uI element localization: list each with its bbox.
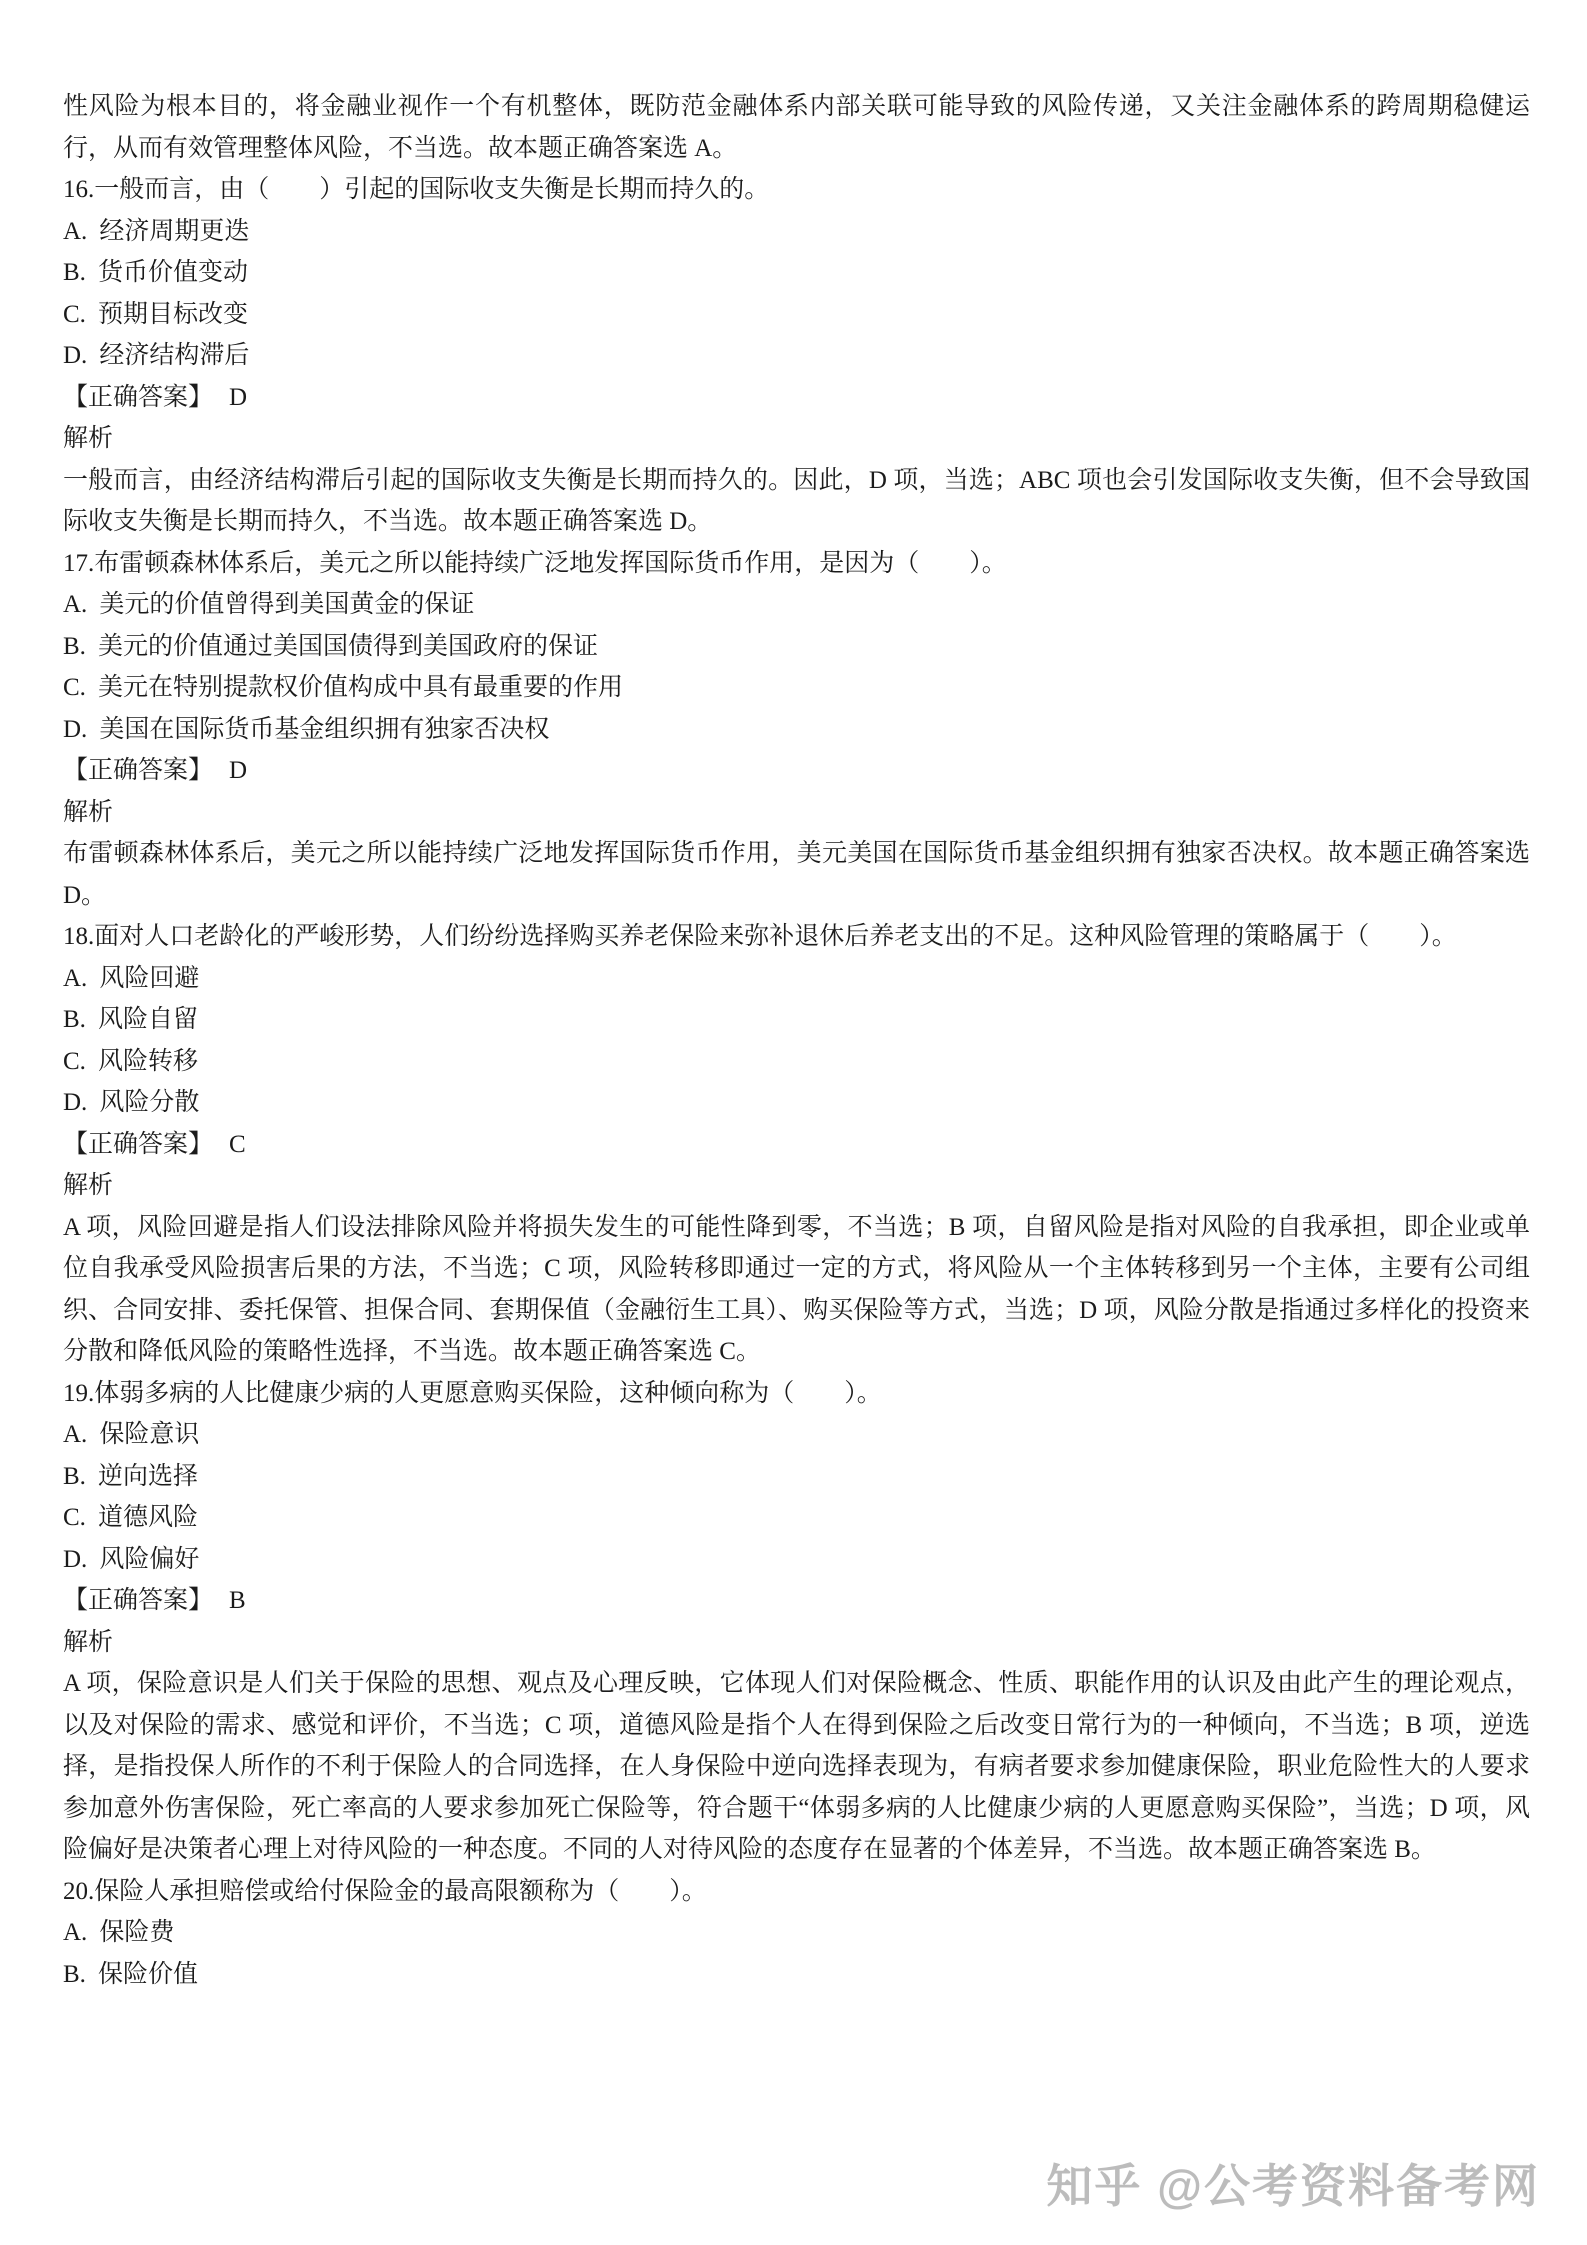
- option-text: 经济周期更迭: [99, 218, 249, 245]
- answer-letter: C: [229, 1131, 246, 1158]
- question-stem-text: 体弱多病的人比健康少病的人更愿意购买保险，这种倾向称为（ ）。: [94, 1380, 882, 1407]
- option-text: 风险分散: [99, 1089, 199, 1116]
- option-label: C.: [63, 1048, 86, 1075]
- option-row: D.经济结构滞后: [63, 335, 1530, 377]
- question-stem-text: 保险人承担赔偿或给付保险金的最高限额称为（ ）。: [94, 1878, 707, 1905]
- option-label: C.: [63, 301, 86, 328]
- question-block: 19.体弱多病的人比健康少病的人更愿意购买保险，这种倾向称为（ ）。 A.保险意…: [63, 1373, 1530, 1871]
- option-row: D.美国在国际货币基金组织拥有独家否决权: [63, 709, 1530, 751]
- option-text: 风险转移: [98, 1048, 198, 1075]
- option-row: B.风险自留: [63, 999, 1530, 1041]
- option-text: 保险价值: [98, 1961, 198, 1988]
- answer-letter: D: [229, 384, 247, 411]
- option-row: D.风险分散: [63, 1082, 1530, 1124]
- option-label: D.: [63, 1089, 87, 1116]
- option-text: 美国在国际货币基金组织拥有独家否决权: [99, 716, 549, 743]
- question-stem: 18.面对人口老龄化的严峻形势，人们纷纷选择购买养老保险来弥补退休后养老支出的不…: [63, 916, 1530, 958]
- option-text: 风险自留: [98, 1006, 198, 1033]
- option-text: 保险费: [99, 1919, 174, 1946]
- analysis-paragraph: A 项，风险回避是指人们设法排除风险并将损失发生的可能性降到零，不当选；B 项，…: [63, 1207, 1530, 1373]
- options-list: A.风险回避 B.风险自留 C.风险转移 D.风险分散: [63, 958, 1530, 1124]
- option-label: A.: [63, 1919, 87, 1946]
- zhihu-watermark: 知乎 @公考资料备考网: [1046, 2166, 1540, 2208]
- option-row: A.保险费: [63, 1912, 1530, 1954]
- question-block: 20.保险人承担赔偿或给付保险金的最高限额称为（ ）。 A.保险费 B.保险价值: [63, 1871, 1530, 1996]
- answer-letter: B: [229, 1587, 246, 1614]
- option-text: 经济结构滞后: [99, 342, 249, 369]
- option-text: 美元在特别提款权价值构成中具有最重要的作用: [98, 674, 623, 701]
- exam-document: 性风险为根本目的，将金融业视作一个有机整体，既防范金融体系内部关联可能导致的风险…: [0, 0, 1587, 1995]
- option-row: C.美元在特别提款权价值构成中具有最重要的作用: [63, 667, 1530, 709]
- analysis-heading: 解析: [63, 1165, 1530, 1207]
- option-row: A.美元的价值曾得到美国黄金的保证: [63, 584, 1530, 626]
- option-label: B.: [63, 259, 86, 286]
- option-label: B.: [63, 633, 86, 660]
- question-number: 16.: [63, 176, 94, 203]
- option-label: A.: [63, 591, 87, 618]
- answer-line: 【正确答案】D: [63, 750, 1530, 792]
- option-label: D.: [63, 716, 87, 743]
- previous-analysis-continuation: 性风险为根本目的，将金融业视作一个有机整体，既防范金融体系内部关联可能导致的风险…: [63, 86, 1530, 169]
- option-text: 风险偏好: [99, 1546, 199, 1573]
- option-label: B.: [63, 1961, 86, 1988]
- question-stem-text: 面对人口老龄化的严峻形势，人们纷纷选择购买养老保险来弥补退休后养老支出的不足。这…: [94, 923, 1457, 950]
- option-label: C.: [63, 1504, 86, 1531]
- option-row: C.预期目标改变: [63, 294, 1530, 336]
- analysis-paragraph: 布雷顿森林体系后，美元之所以能持续广泛地发挥国际货币作用，美元美国在国际货币基金…: [63, 833, 1530, 916]
- question-stem-text: 布雷顿森林体系后，美元之所以能持续广泛地发挥国际货币作用，是因为（ ）。: [94, 550, 1007, 577]
- option-label: A.: [63, 1421, 87, 1448]
- option-text: 道德风险: [98, 1504, 198, 1531]
- option-row: A.经济周期更迭: [63, 211, 1530, 253]
- option-label: A.: [63, 218, 87, 245]
- option-label: B.: [63, 1006, 86, 1033]
- option-row: B.美元的价值通过美国国债得到美国政府的保证: [63, 626, 1530, 668]
- option-label: D.: [63, 1546, 87, 1573]
- options-list: A.经济周期更迭 B.货币价值变动 C.预期目标改变 D.经济结构滞后: [63, 211, 1530, 377]
- option-text: 货币价值变动: [98, 259, 248, 286]
- answer-line: 【正确答案】C: [63, 1124, 1530, 1166]
- option-row: B.货币价值变动: [63, 252, 1530, 294]
- question-number: 20.: [63, 1878, 94, 1905]
- option-row: B.逆向选择: [63, 1456, 1530, 1498]
- answer-label: 【正确答案】: [63, 384, 213, 411]
- option-row: B.保险价值: [63, 1954, 1530, 1996]
- question-block: 17.布雷顿森林体系后，美元之所以能持续广泛地发挥国际货币作用，是因为（ ）。 …: [63, 543, 1530, 917]
- option-label: A.: [63, 965, 87, 992]
- option-text: 预期目标改变: [98, 301, 248, 328]
- answer-line: 【正确答案】D: [63, 377, 1530, 419]
- answer-label: 【正确答案】: [63, 1587, 213, 1614]
- option-row: C.道德风险: [63, 1497, 1530, 1539]
- analysis-heading: 解析: [63, 1622, 1530, 1664]
- question-stem: 19.体弱多病的人比健康少病的人更愿意购买保险，这种倾向称为（ ）。: [63, 1373, 1530, 1415]
- option-row: D.风险偏好: [63, 1539, 1530, 1581]
- question-list: 16.一般而言，由（ ）引起的国际收支失衡是长期而持久的。 A.经济周期更迭 B…: [63, 169, 1530, 1995]
- answer-label: 【正确答案】: [63, 757, 213, 784]
- answer-label: 【正确答案】: [63, 1131, 213, 1158]
- analysis-heading: 解析: [63, 792, 1530, 834]
- option-label: C.: [63, 674, 86, 701]
- option-row: C.风险转移: [63, 1041, 1530, 1083]
- option-text: 美元的价值通过美国国债得到美国政府的保证: [98, 633, 598, 660]
- option-row: A.保险意识: [63, 1414, 1530, 1456]
- answer-letter: D: [229, 757, 247, 784]
- question-stem-text: 一般而言，由（ ）引起的国际收支失衡是长期而持久的。: [94, 176, 769, 203]
- option-text: 风险回避: [99, 965, 199, 992]
- options-list: A.美元的价值曾得到美国黄金的保证 B.美元的价值通过美国国债得到美国政府的保证…: [63, 584, 1530, 750]
- option-label: B.: [63, 1463, 86, 1490]
- answer-line: 【正确答案】B: [63, 1580, 1530, 1622]
- question-stem: 20.保险人承担赔偿或给付保险金的最高限额称为（ ）。: [63, 1871, 1530, 1913]
- question-number: 17.: [63, 550, 94, 577]
- analysis-paragraph: A 项，保险意识是人们关于保险的思想、观点及心理反映，它体现人们对保险概念、性质…: [63, 1663, 1530, 1871]
- option-text: 美元的价值曾得到美国黄金的保证: [99, 591, 474, 618]
- question-block: 16.一般而言，由（ ）引起的国际收支失衡是长期而持久的。 A.经济周期更迭 B…: [63, 169, 1530, 543]
- question-number: 18.: [63, 923, 94, 950]
- analysis-heading: 解析: [63, 418, 1530, 460]
- options-list: A.保险意识 B.逆向选择 C.道德风险 D.风险偏好: [63, 1414, 1530, 1580]
- option-text: 保险意识: [99, 1421, 199, 1448]
- option-row: A.风险回避: [63, 958, 1530, 1000]
- question-number: 19.: [63, 1380, 94, 1407]
- options-list: A.保险费 B.保险价值: [63, 1912, 1530, 1995]
- option-text: 逆向选择: [98, 1463, 198, 1490]
- question-block: 18.面对人口老龄化的严峻形势，人们纷纷选择购买养老保险来弥补退休后养老支出的不…: [63, 916, 1530, 1373]
- analysis-paragraph: 一般而言，由经济结构滞后引起的国际收支失衡是长期而持久的。因此，D 项，当选；A…: [63, 460, 1530, 543]
- option-label: D.: [63, 342, 87, 369]
- question-stem: 17.布雷顿森林体系后，美元之所以能持续广泛地发挥国际货币作用，是因为（ ）。: [63, 543, 1530, 585]
- question-stem: 16.一般而言，由（ ）引起的国际收支失衡是长期而持久的。: [63, 169, 1530, 211]
